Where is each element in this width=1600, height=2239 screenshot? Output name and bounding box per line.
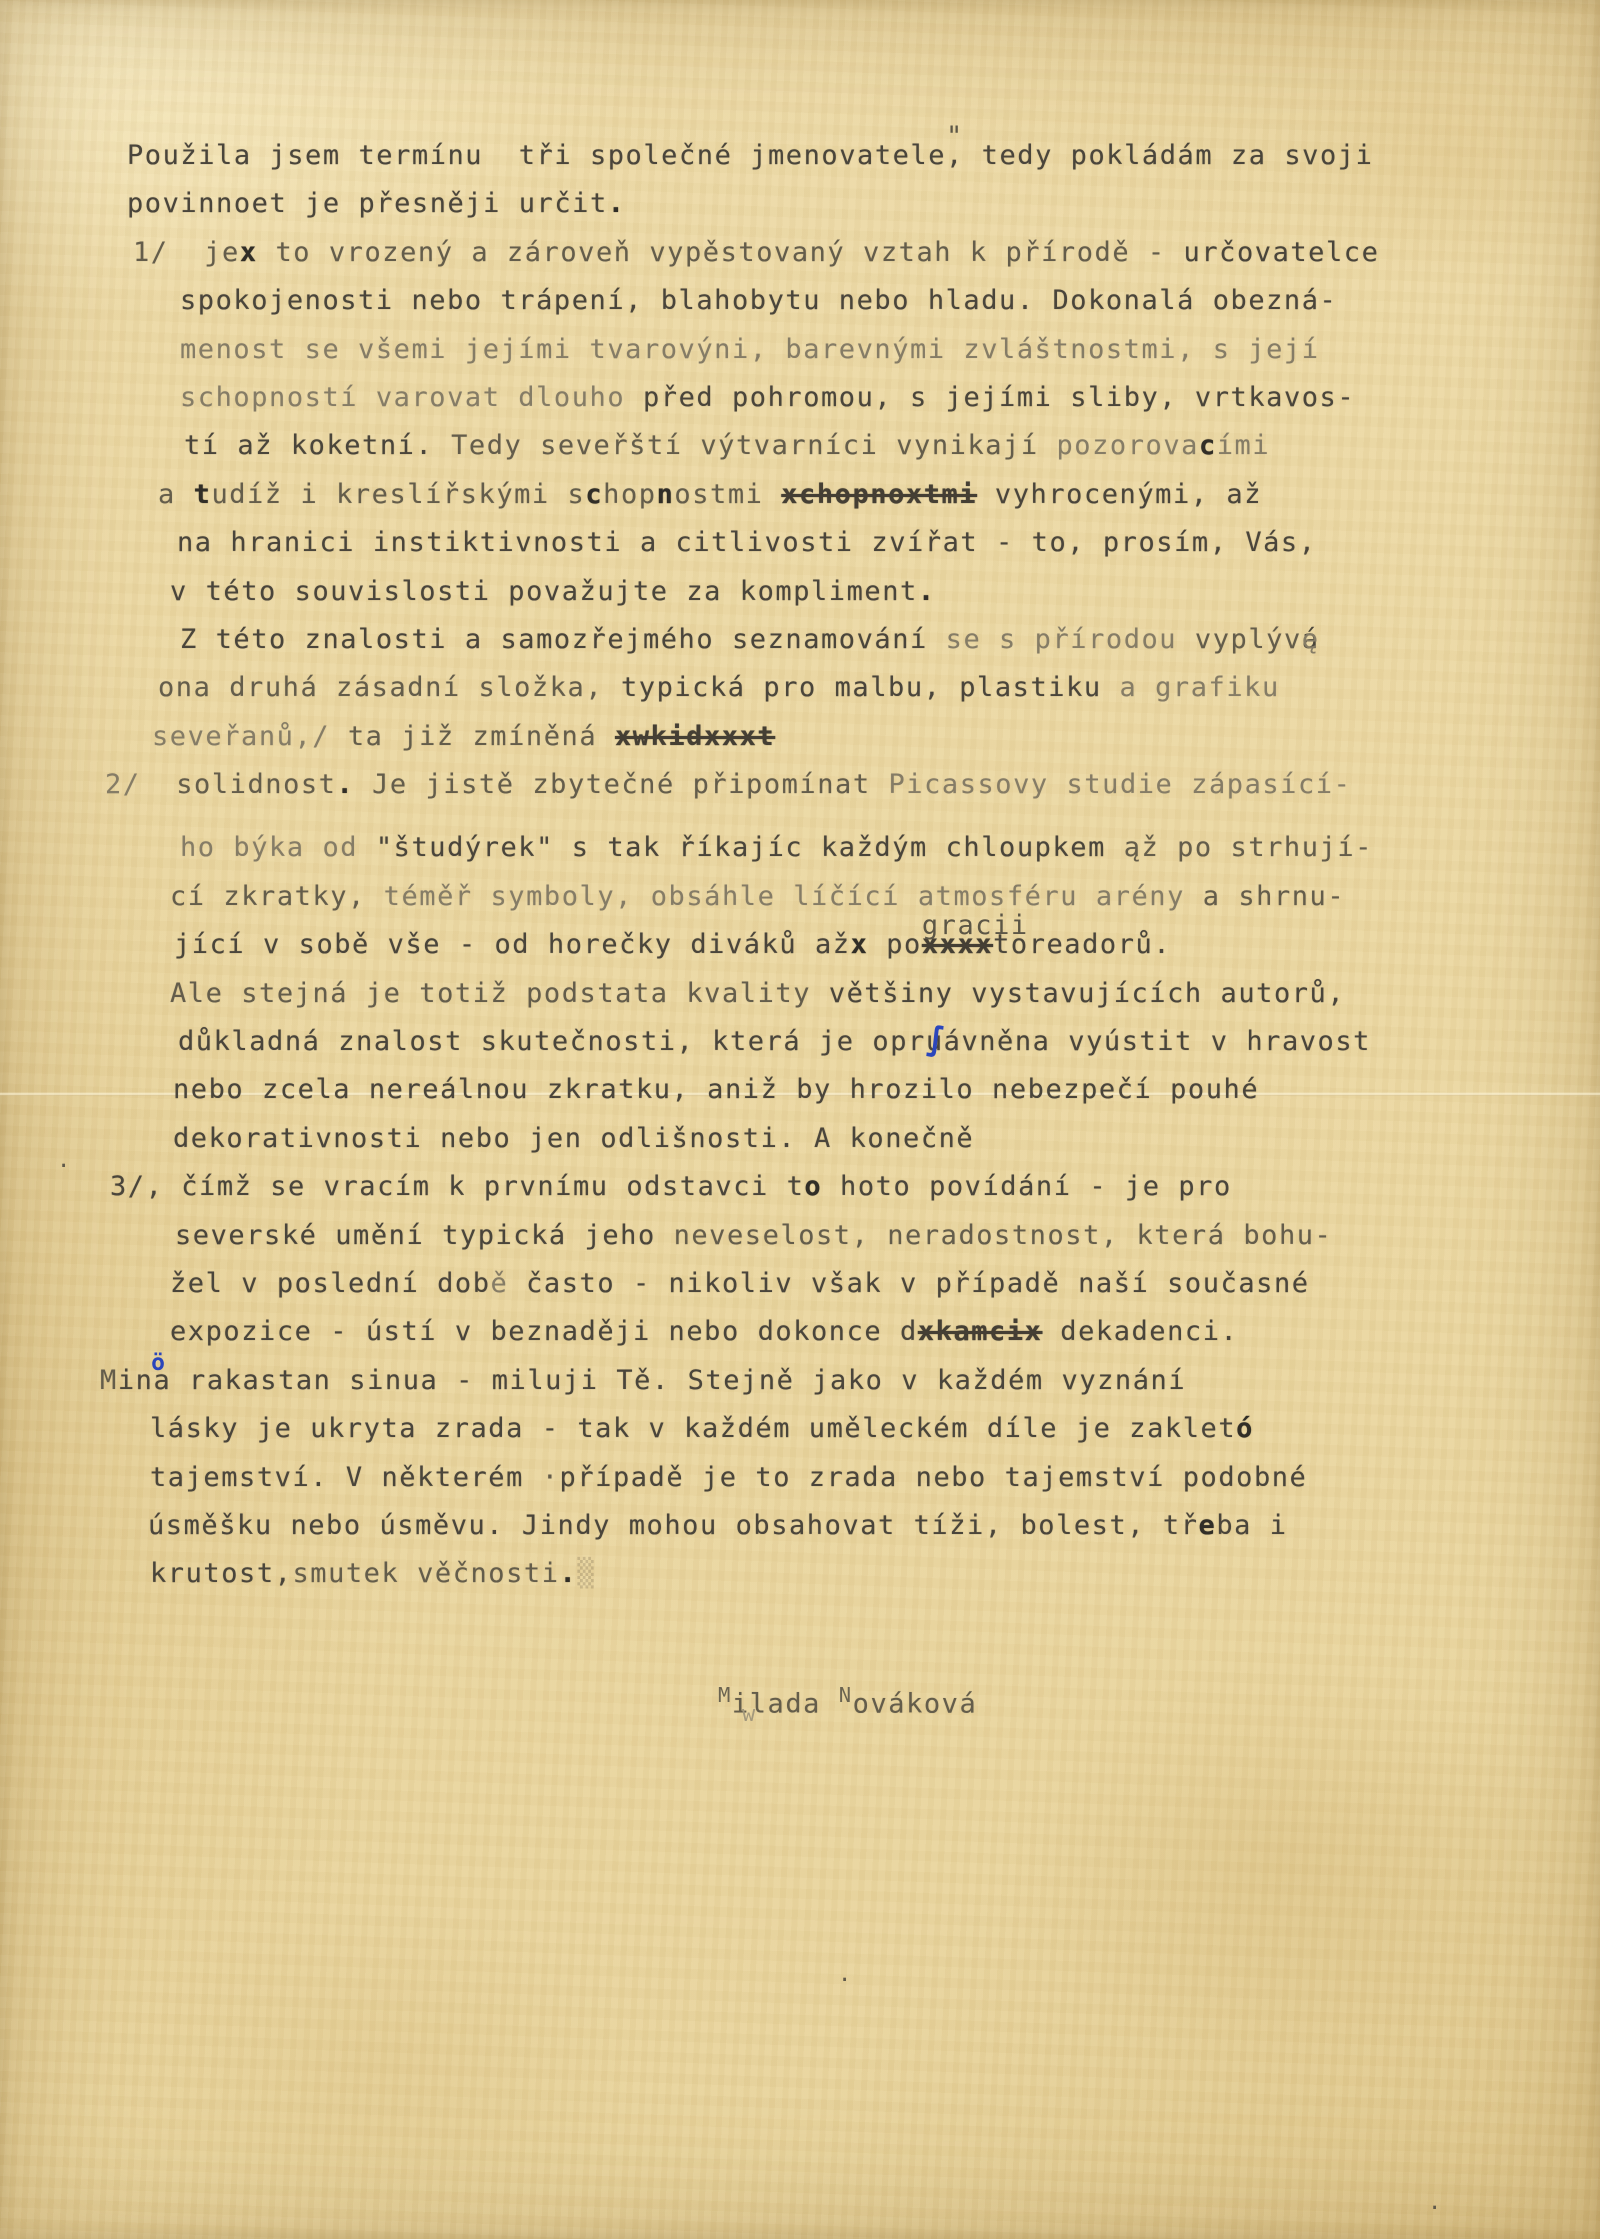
typescript-line: 1/ jex to vrozený a zároveň vypěstovaný … [0,229,1600,277]
text-segment: / [312,721,330,752]
typescript-line: tajemství. V některém ·případě je to zra… [0,1454,1600,1502]
text-segment: dekorativnosti nebo jen odlišnosti. A ko… [173,1123,974,1154]
typescript-line: na hranici instiktivnosti a citlivosti z… [0,519,1600,567]
paper-speck: . [838,1962,851,1987]
text-segment: ba i [1216,1510,1287,1541]
typescript-line: schopností varovat dlouho před pohromou,… [0,374,1600,422]
text-segment: ostmi [674,479,781,510]
text-segment: žel v poslední dob [170,1268,491,1299]
typescript-line: Použila jsem termínu tři společné jmenov… [0,132,1600,180]
text-segment: schopností varovat dlouho [180,382,643,413]
typescript-line: Ale stejná je totiž podstata kvality vět… [0,970,1600,1018]
typescript-line: 3/, čímž se vracím k prvnímu odstavci to… [0,1163,1600,1211]
text-segment: x [240,237,258,268]
text-segment: to vrozený a zároveň vypěstovaný vztah k… [258,237,1184,268]
typescript-line: Z této znalosti a samozřejmého seznamová… [0,616,1600,664]
text-segment: · [542,1462,560,1493]
typescript-line: důkladná znalost skutečnosti, která je o… [0,1018,1600,1066]
text-segment: často - nikoliv však v případě naší souč… [508,1268,1309,1299]
text-segment: povinnoet je přesněji určit [127,188,608,219]
text-segment: pozorova [1056,430,1198,461]
typescript-line: žel v poslední době často - nikoliv však… [0,1260,1600,1308]
text-segment: . [918,576,936,607]
text-segment: severské umění typická jeho [175,1220,674,1251]
typescript-line: expozice - ústí v beznaději nebo dokonce… [0,1308,1600,1356]
text-segment: x [851,929,869,960]
text-segment: ta již zmíněná [330,721,615,752]
typescript-line: dekorativnosti nebo jen odlišnosti. A ko… [0,1115,1600,1163]
text-segment: vyhrocenými, až [977,479,1262,510]
text-segment: ováková [853,1688,978,1719]
text-segment: na hranici instiktivnosti a citlivosti z… [177,527,1317,558]
text-segment: lásky je ukryta zrada - tak v každém umě… [150,1413,1236,1444]
text-segment: xwkidxxxt [615,721,775,752]
typescript-page: Použila jsem termínu tři společné jmenov… [0,0,1600,2239]
text-segment: a grafiku [1120,672,1280,703]
text-segment: o [804,1171,822,1202]
typescript-line: ho býka od "študýrek" s tak říkajíc každ… [0,824,1600,872]
typescript-line: lásky je ukryta zrada - tak v každém umě… [0,1405,1600,1453]
text-segment: ę [1302,624,1320,655]
text-segment: 1/ je [133,237,240,268]
text-segment: před pohromou, s jejími sliby, vrtkavos- [643,382,1355,413]
text-segment: ími [1217,430,1270,461]
typescript-line: nebo zcela nereálnou zkratku, aniž by hr… [0,1066,1600,1114]
typescript-line: povinnoet je přesněji určit. [0,180,1600,228]
text-segment: jící v sobě vše - od horečky diváků až [174,929,851,960]
text-segment: krutost, [150,1558,292,1589]
text-segment: ě [491,1268,509,1299]
typescript-line: v této souvislosti považujte za komplime… [0,568,1600,616]
text-segment: Ale stejná je totiž podstata kvality [170,978,829,1009]
text-segment: c [1199,430,1217,461]
typescript-line: menost se všemi jejími tvarovýni, barevn… [0,326,1600,374]
typescript-line: a tudíž i kreslířskými schopnostmi xchop… [0,471,1600,519]
text-segment: M [718,1683,732,1707]
text-segment: v této souvislosti považujte za komplime… [170,576,918,607]
text-segment: ilada [732,1688,839,1719]
text-segment: vyplýv [1195,624,1302,655]
text-segment: c [585,479,603,510]
paper-speck: · [1428,2196,1441,2221]
text-segment: neveselost, neradostnost, která bohu- [674,1220,1333,1251]
text-segment: ó [1236,1413,1254,1444]
text-segment: Je jistě zbytečné připomínat [354,769,888,800]
text-segment: ho býka od [180,832,376,863]
text-segment: určovatelce [1184,237,1380,268]
text-segment: téměř symboly, obsáhle líčící atmosféru … [384,881,1203,912]
text-segment: e [1199,1510,1217,1541]
text-segment: se s přírodou [946,624,1195,655]
text-segment: tí až koketní. [184,430,451,461]
typescript-line: seveřanů,/ ta již zmíněná xwkidxxxt [0,713,1600,761]
typescript-line: 2/ solidnost. Je jistě zbytečné připomín… [0,761,1600,809]
typescript-text: Použila jsem termínu tři společné jmenov… [0,132,1600,1719]
text-segment: cí zkratky, [170,881,384,912]
text-segment: tajemství. V některém [150,1462,542,1493]
text-segment: Picassovy studie zápasící- [888,769,1351,800]
text-segment: seveřanů, [152,721,312,752]
text-segment: 3/, čímž se vracím k prvnímu odstavci t [110,1171,804,1202]
signature-line: Milada Nováková [0,1671,1600,1719]
text-segment: ąž po strhují- [1124,832,1373,863]
typescript-line: severské umění typická jeho neveselost, … [0,1212,1600,1260]
text-segment: ávněna vyústit v hravost [944,1026,1371,1057]
typescript-line: ona druhá zásadní složka, typická pro ma… [0,664,1600,712]
text-segment: in [118,1365,154,1396]
text-segment: důkladná znalost skutečnosti, která je o… [178,1026,926,1057]
text-segment: hop [603,479,656,510]
text-segment: a rakastan sinua - miluji Tě. Stejně jak… [153,1365,1186,1396]
text-segment: N [839,1683,853,1707]
text-segment: a shrnu- [1203,881,1345,912]
text-segment: t [194,479,212,510]
text-segment: Tedy seveřští výtvarníci vynikají [451,430,1056,461]
text-segment: nebo zcela nereálnou zkratku, aniž by hr… [173,1074,1259,1105]
typescript-line: úsměšku nebo úsměvu. Jindy mohou obsahov… [0,1502,1600,1550]
paper-stain [120,1900,640,2230]
text-segment: Z této znalosti a samozřejmého seznamová… [180,624,946,655]
text-segment: udíž i kreslířskými s [211,479,585,510]
text-segment: ona druhá zásadní složka, [158,672,621,703]
text-segment: spokojenosti nebo trápení, blahobytu neb… [180,285,1337,316]
text-segment: 2/ [105,769,176,800]
text-segment: hoto povídání - je pro [822,1171,1232,1202]
typescript-line: Minöa rakastan sinua - miluji Tě. Stejně… [0,1357,1600,1405]
text-segment: menost se všemi jejími tvarovýni, barevn… [180,334,1320,365]
text-segment: "študýrek" s tak říkajíc každým chloupke… [376,832,1124,863]
text-segment: Použila jsem termínu tři společné jmenov… [127,140,946,171]
text-segment: . [336,769,354,800]
typescript-line: tí až koketní. Tedy seveřští výtvarníci … [0,422,1600,470]
typescript-line: jící v sobě vše - od horečky diváků ažx … [0,921,1600,969]
text-segment: n [657,479,675,510]
text-segment: a [158,479,194,510]
text-segment: případě je to zrada nebo tajemství podob… [560,1462,1308,1493]
typescript-line: spokojenosti nebo trápení, blahobytu neb… [0,277,1600,325]
text-segment: dekadenci. [1042,1316,1238,1347]
text-segment: xkamcix [918,1316,1043,1347]
text-segment: po [868,929,921,960]
text-segment: expozice - ústí v beznaději nebo dokonce… [170,1316,918,1347]
text-segment: xchopnoxtmi [781,479,977,510]
text-segment: úsměšku nebo úsměvu. Jindy mohou obsahov… [148,1510,1199,1541]
text-segment: . [608,188,626,219]
text-segment: ▒ [577,1558,595,1589]
text-segment: solidnost [176,769,336,800]
text-segment: . [560,1558,578,1589]
text-segment: většiny vystavujících autorů, [829,978,1345,1009]
typescript-line: cí zkratky, téměř symboly, obsáhle líčíc… [0,873,1600,921]
text-segment: , tedy pokládám za svoji [946,140,1373,171]
text-segment: typická pro malbu, plastiku [621,672,1120,703]
text-segment: M [100,1365,118,1396]
text-segment: smutek věčnosti [292,1558,559,1589]
typescript-line: krutost,smutek věčnosti.▒ [0,1550,1600,1598]
